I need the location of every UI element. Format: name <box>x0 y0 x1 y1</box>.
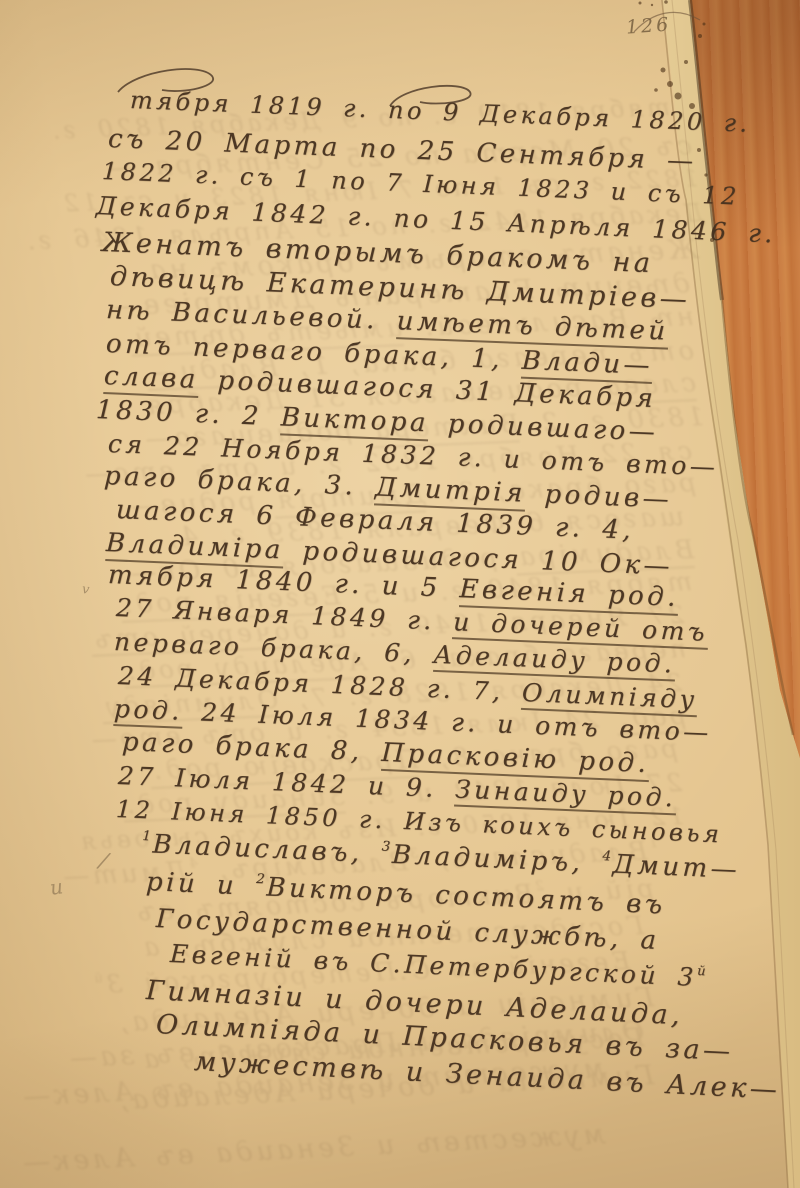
marginal-pencil-note-1: и <box>48 874 64 900</box>
marginal-pencil-note-2: / <box>97 848 110 874</box>
marginalia-layer: и/v <box>0 0 800 1188</box>
marginal-pencil-note-3: v <box>81 582 90 598</box>
archival-document-photo: тября 1819 г. по 9 Декабря 1820 г.съ 20 … <box>0 0 800 1188</box>
